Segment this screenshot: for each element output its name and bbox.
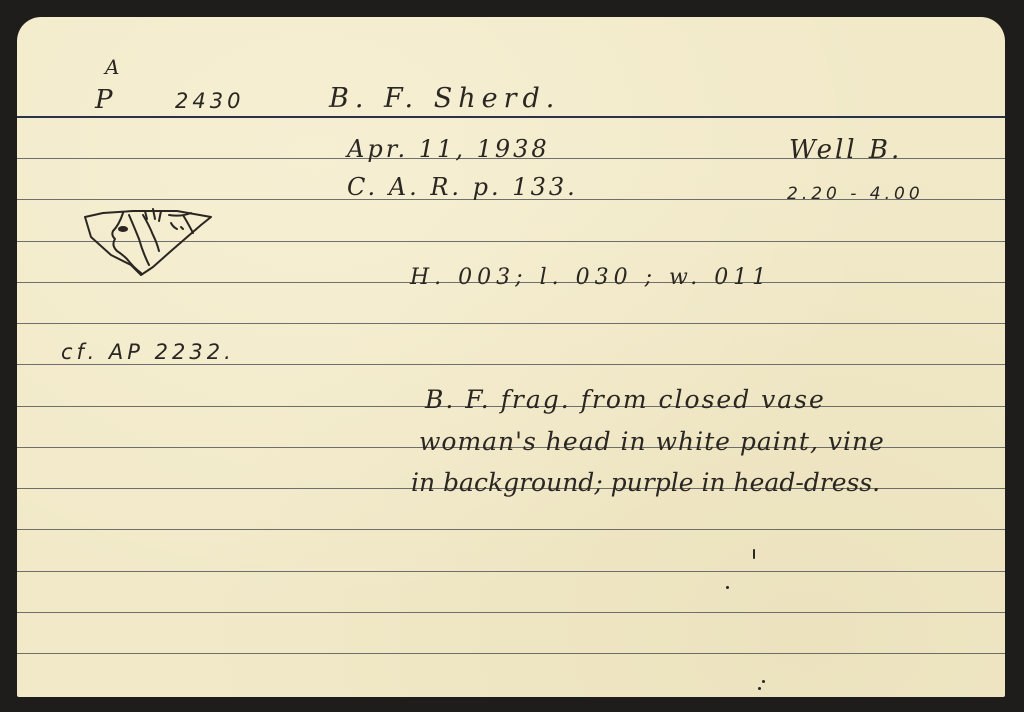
ink-speck xyxy=(726,586,729,589)
ruled-line xyxy=(17,323,1005,324)
findspot-location: Well B. xyxy=(789,135,902,165)
ink-speck xyxy=(758,687,761,690)
scan-background: A P 2430 B. F. Sherd. Apr. 11, 1938 C. A… xyxy=(0,0,1024,712)
description-line-1: B. F. frag. from closed vase xyxy=(425,385,826,414)
catalog-number: 2430 xyxy=(175,89,244,113)
ruled-line xyxy=(17,364,1005,365)
ink-speck xyxy=(753,549,755,559)
ruled-line xyxy=(17,653,1005,654)
description-line-3: in background; purple in head-dress. xyxy=(411,468,880,497)
description-line-2: woman's head in white paint, vine xyxy=(419,427,885,456)
ruled-line xyxy=(17,529,1005,530)
ruled-line xyxy=(17,612,1005,613)
dimensions: H. 003; l. 030 ; w. 011 xyxy=(410,265,771,290)
prefix-letter-top: A xyxy=(105,55,120,79)
excavation-date: Apr. 11, 1938 xyxy=(347,135,550,163)
object-type: B. F. Sherd. xyxy=(329,83,560,114)
publication-reference: C. A. R. p. 133. xyxy=(347,173,578,201)
cross-reference: cf. AP 2232. xyxy=(61,340,235,364)
header-rule xyxy=(17,116,1005,118)
index-card: A P 2430 B. F. Sherd. Apr. 11, 1938 C. A… xyxy=(17,17,1005,697)
ruled-line xyxy=(17,571,1005,572)
ink-speck xyxy=(762,680,765,683)
sherd-sketch-icon xyxy=(83,205,215,277)
prefix-letter-bottom: P xyxy=(95,85,114,115)
findspot-depth: 2.20 - 4.00 xyxy=(787,184,924,204)
